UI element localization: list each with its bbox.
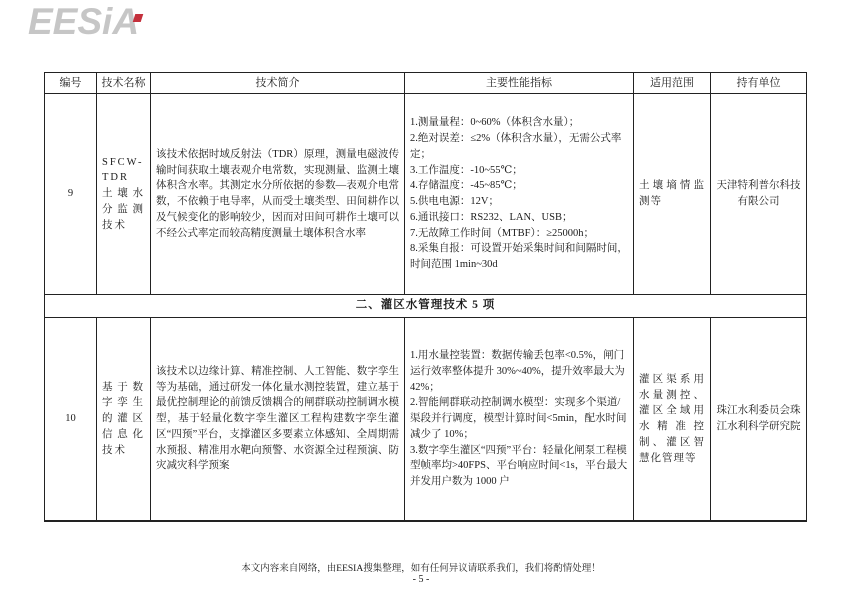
- header-scope: 适用范围: [634, 73, 711, 94]
- eesia-logo: EESiA: [28, 2, 139, 43]
- footer-disclaimer: 本文内容来自网络，由EESIA搜集整理，如有任何异议请联系我们，我们将酌情处理！: [0, 560, 842, 574]
- document-page: EESiA 编号 技术名称 技术简介 主要性能指标 适用范围 持有单位 9 SF…: [0, 0, 842, 596]
- row9-tech-name: SFCW-TDR 土壤水分监测技术: [97, 94, 151, 295]
- row9-holder: 天津特利普尔科技有限公司: [711, 94, 807, 295]
- table-header-row: 编号 技术名称 技术简介 主要性能指标 适用范围 持有单位: [45, 73, 807, 94]
- row10-number: 10: [45, 318, 97, 522]
- row9-scope: 土壤墒情监测等: [634, 94, 711, 295]
- table-row: 10 基于数字孪生的灌区信息化技术 该技术以边缘计算、精准控制、人工智能、数字孪…: [45, 318, 807, 522]
- row10-holder: 珠江水利委员会珠江水利科学研究院: [711, 318, 807, 522]
- header-number: 编号: [45, 73, 97, 94]
- row10-tech-intro: 该技术以边缘计算、精准控制、人工智能、数字孪生等为基础，通过研发一体化量水测控装…: [151, 318, 405, 522]
- table-row: 9 SFCW-TDR 土壤水分监测技术 该技术依据时域反射法（TDR）原理，测量…: [45, 94, 807, 295]
- row9-performance: 1.测量量程：0~60%（体积含水量）； 2.绝对误差：≤2%（体积含水量），无…: [405, 94, 634, 295]
- section-title: 二、灌区水管理技术 5 项: [45, 295, 807, 318]
- section-header-row: 二、灌区水管理技术 5 项: [45, 295, 807, 318]
- row10-scope: 灌区渠系用水量测控、灌区全域用水精准控制、灌区智慧化管理等: [634, 318, 711, 522]
- row9-tech-intro: 该技术依据时域反射法（TDR）原理，测量电磁波传输时间获取土壤表观介电常数，实现…: [151, 94, 405, 295]
- row10-tech-name: 基于数字孪生的灌区信息化技术: [97, 318, 151, 522]
- header-tech-intro: 技术简介: [151, 73, 405, 94]
- row10-performance: 1.用水量控装置：数据传输丢包率<0.5%，闸门运行效率整体提升 30%~40%…: [405, 318, 634, 522]
- logo-text: EESiA: [28, 1, 139, 42]
- page-number: - 5 -: [0, 574, 842, 585]
- header-holder: 持有单位: [711, 73, 807, 94]
- row9-number: 9: [45, 94, 97, 295]
- technology-table: 编号 技术名称 技术简介 主要性能指标 适用范围 持有单位 9 SFCW-TDR…: [44, 72, 807, 522]
- header-performance: 主要性能指标: [405, 73, 634, 94]
- logo-red-dot-icon: [133, 14, 144, 22]
- header-tech-name: 技术名称: [97, 73, 151, 94]
